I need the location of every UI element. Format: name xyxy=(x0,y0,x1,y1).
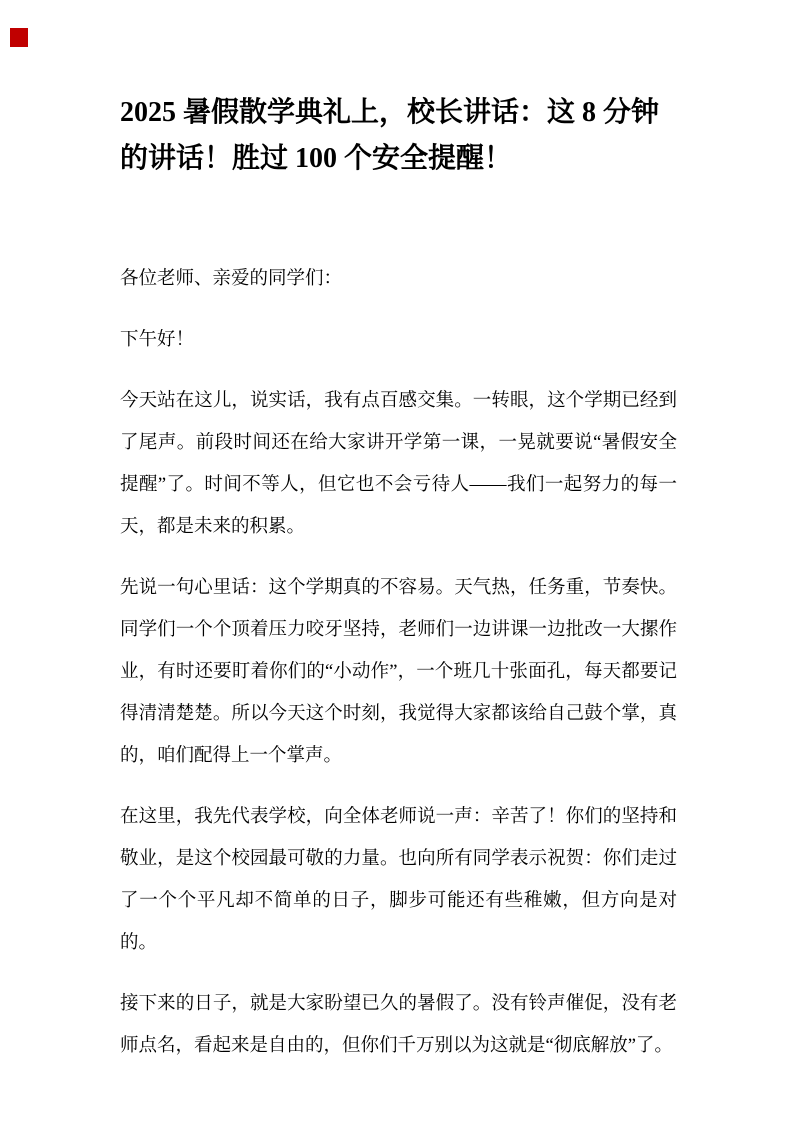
paragraph-salutation: 各位老师、亲爱的同学们： xyxy=(120,258,677,300)
document-content: 2025 暑假散学典礼上，校长讲话：这 8 分钟的讲话！胜过 100 个安全提醒… xyxy=(120,90,677,1086)
paragraph: 先说一句心里话：这个学期真的不容易。天气热，任务重，节奏快。同学们一个个顶着压力… xyxy=(120,567,677,777)
red-square-marker-icon xyxy=(10,28,28,47)
paragraph: 在这里，我先代表学校，向全体老师说一声：辛苦了！你们的坚持和敬业，是这个校园最可… xyxy=(120,796,677,964)
document-title: 2025 暑假散学典礼上，校长讲话：这 8 分钟的讲话！胜过 100 个安全提醒… xyxy=(120,90,677,182)
paragraph: 接下来的日子，就是大家盼望已久的暑假了。没有铃声催促，没有老师点名，看起来是自由… xyxy=(120,983,677,1067)
paragraph: 今天站在这儿，说实话，我有点百感交集。一转眼，这个学期已经到了尾声。前段时间还在… xyxy=(120,380,677,548)
document-page: 2025 暑假散学典礼上，校长讲话：这 8 分钟的讲话！胜过 100 个安全提醒… xyxy=(0,0,793,1122)
paragraph-greeting: 下午好！ xyxy=(120,319,677,361)
